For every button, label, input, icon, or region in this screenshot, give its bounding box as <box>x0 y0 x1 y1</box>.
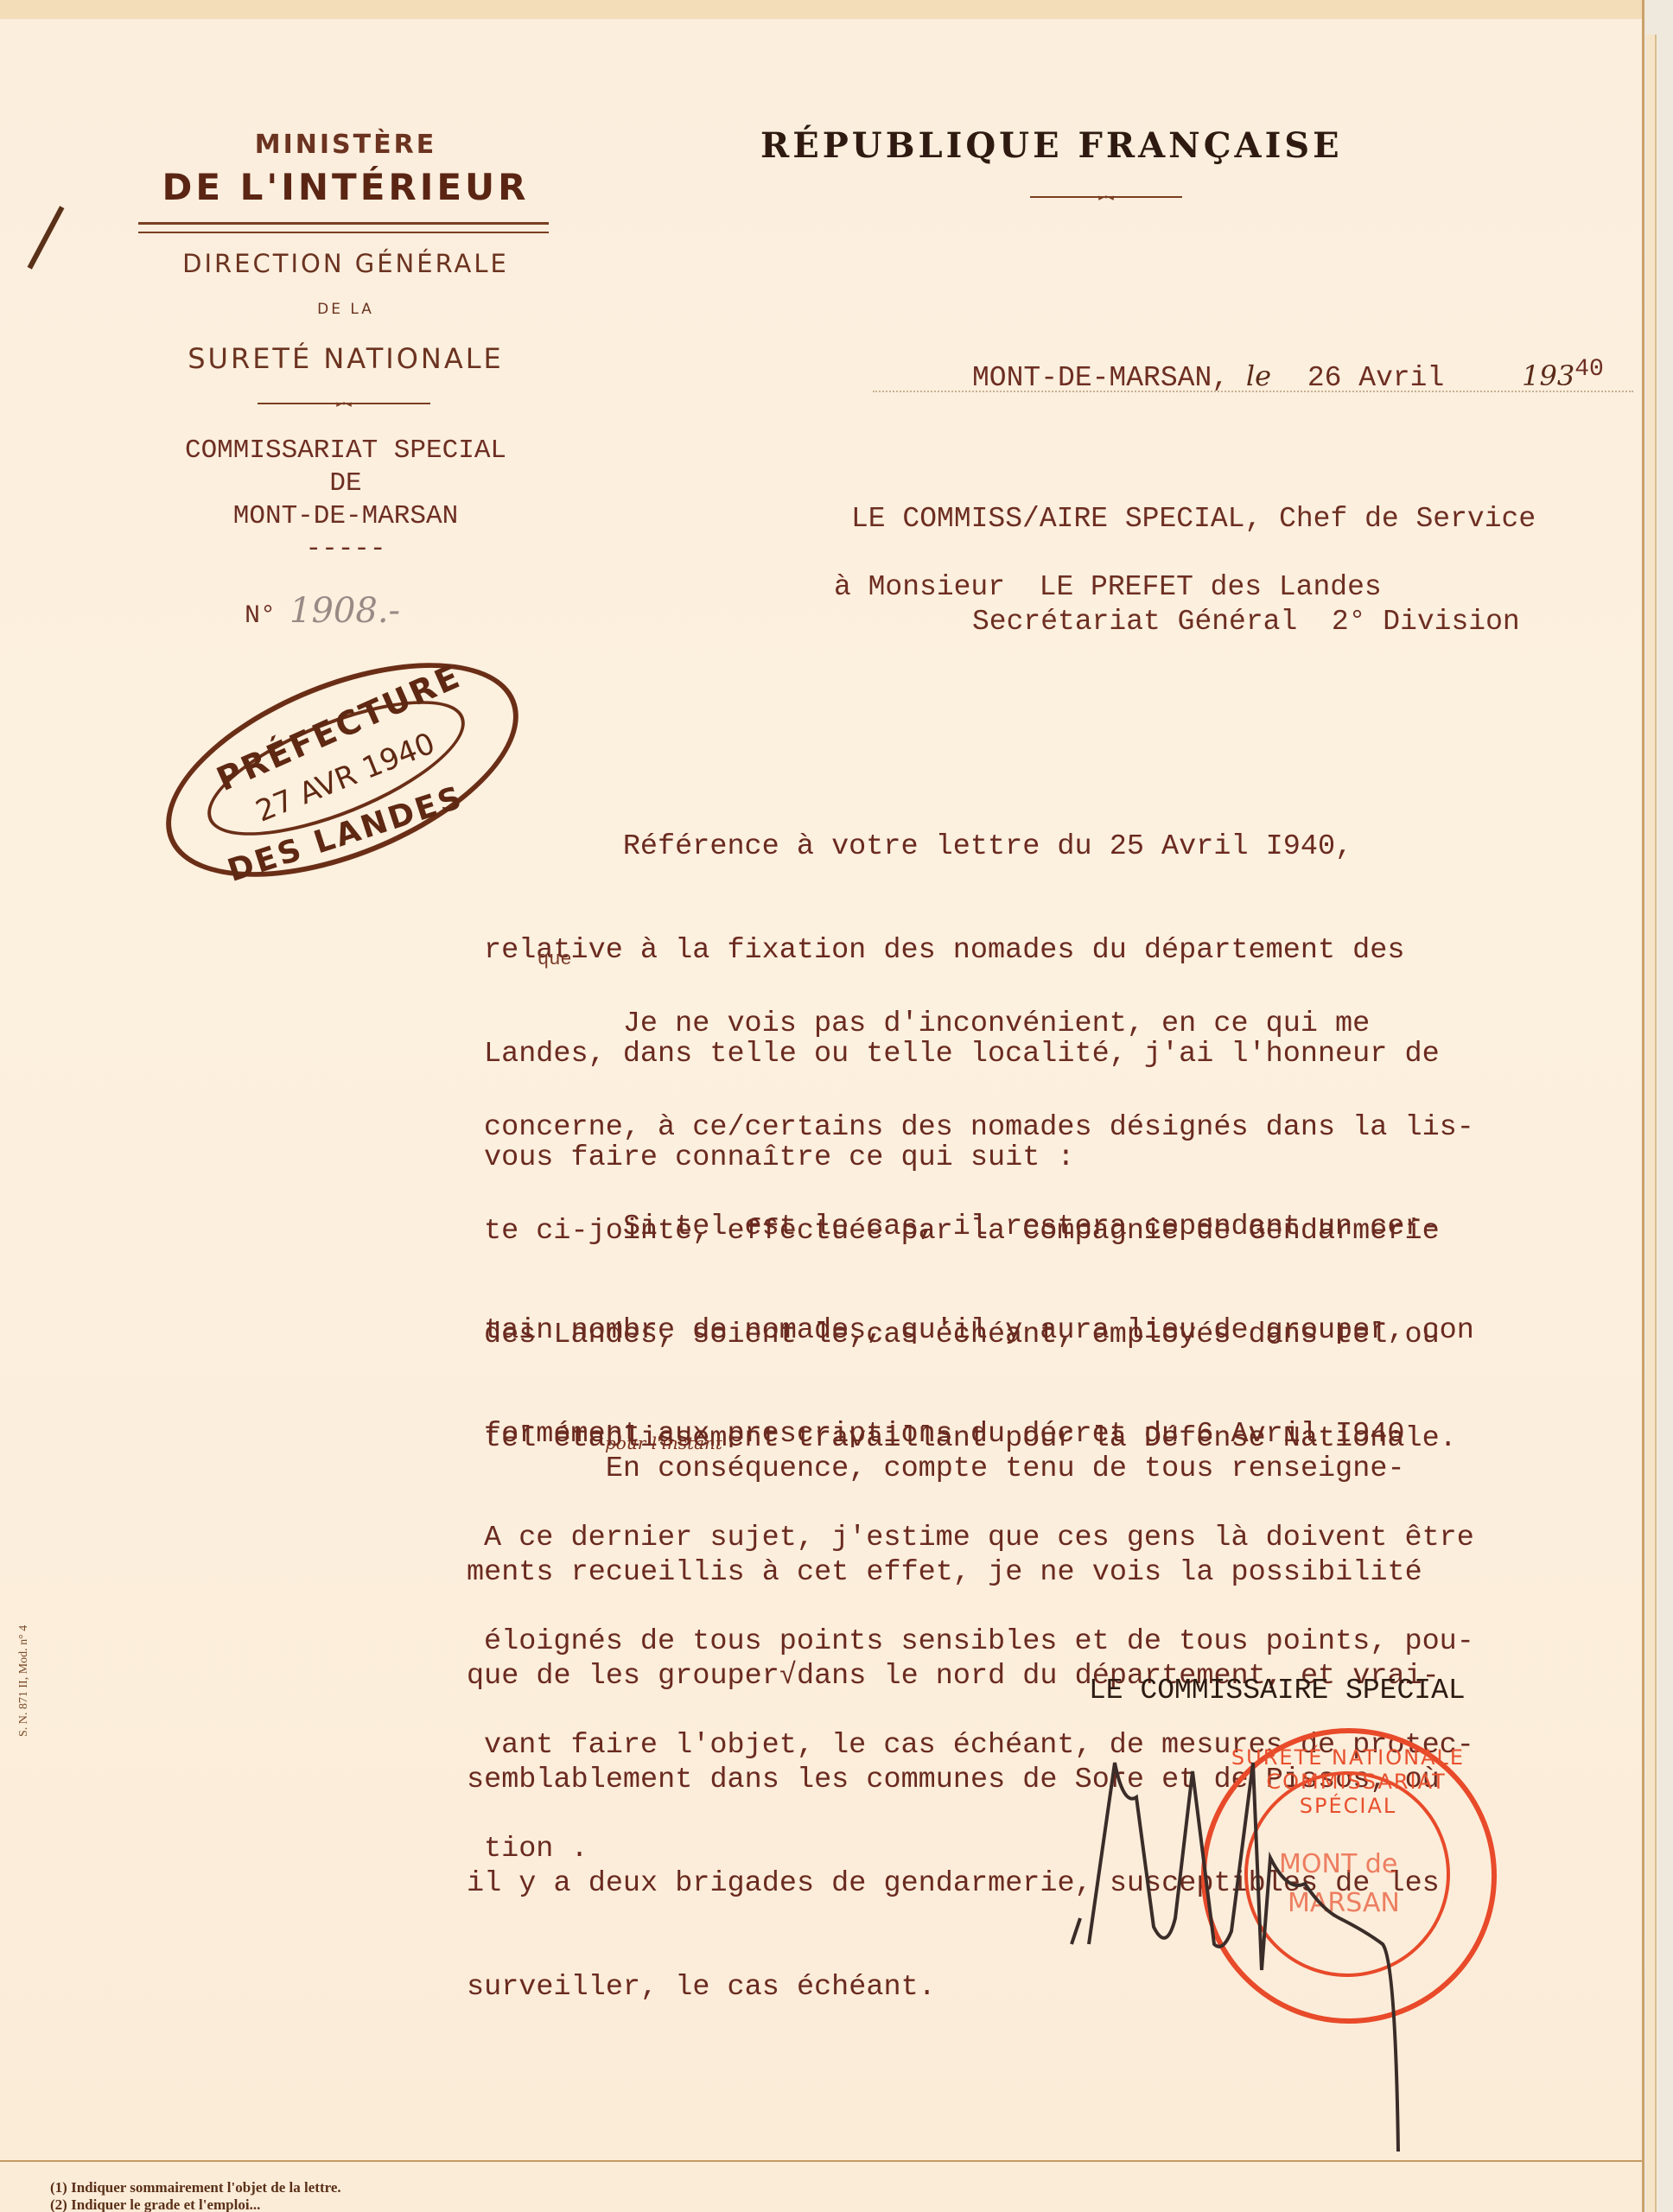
republique-title: RÉPUBLIQUE FRANÇAISE <box>760 125 1343 166</box>
numero-label: N° <box>245 601 276 631</box>
recipient-block: à Monsieur LE PREFET des Landes Secrétar… <box>834 570 1520 639</box>
letterhead-de-la: DE LA <box>130 301 562 318</box>
body-line: tain nombre de nomades, qu'il y aura lie… <box>484 1313 1642 1348</box>
dateline-le: le <box>1246 359 1271 392</box>
body-line: Référence à votre lettre du 25 Avril I94… <box>484 829 1642 864</box>
footer-rule <box>0 2160 1642 2162</box>
sender-line: LE COMMISS/AIRE SPECIAL, Chef de Service <box>851 503 1536 535</box>
body-line: Si tel est le cas, il restera cependant … <box>484 1210 1642 1244</box>
letterhead-interieur: DE L'INTÉRIEUR <box>130 166 562 208</box>
republique-ornament-rule: ▸•◂ <box>1030 196 1182 198</box>
side-form-reference: S. N. 871 II, Mod. n° 4 <box>17 1625 31 1737</box>
paper-right-edge <box>1646 35 1657 2212</box>
commissariat-line: COMMISSARIAT SPECIAL <box>130 435 562 467</box>
letterhead-direction: DIRECTION GÉNÉRALE <box>130 249 562 278</box>
commissariat-line: DE <box>130 467 562 500</box>
commissariat-line: MONT-DE-MARSAN <box>130 500 562 533</box>
commissariat-line: ----- <box>130 533 562 566</box>
paper-top-edge <box>0 0 1642 19</box>
letterhead-surete: SURETÉ NATIONALE <box>130 342 562 375</box>
ornament-icon: ▸•◂ <box>1098 192 1114 203</box>
body-line: concerne, à ce/certains des nomades dési… <box>484 1110 1642 1145</box>
body-line: ments recueillis à cet effet, je ne vois… <box>467 1555 1625 1590</box>
dateline-day-month: 26 Avril <box>1307 362 1444 394</box>
ornament-icon: ▸•◂ <box>336 398 352 410</box>
dateline-place: MONT-DE-MARSAN, <box>972 362 1229 394</box>
recipient-line-2: Secrétariat Général 2° Division <box>834 605 1520 639</box>
reference-number: N°1908.- <box>245 591 400 631</box>
footnote-1: (1) Indiquer sommairement l'objet de la … <box>50 2179 341 2196</box>
letterhead-double-rule <box>138 222 549 233</box>
numero-handwritten: 1908.- <box>289 591 400 631</box>
body-line: En conséquence, compte tenu de tous rens… <box>467 1452 1625 1486</box>
dateline-year-printed: 193 <box>1522 359 1574 392</box>
signoff-title: LE COMMISSAIRE SPECIAL <box>1089 1675 1466 1707</box>
signature-icon <box>1054 1745 1417 2152</box>
commissariat-block: COMMISSARIAT SPECIAL DE MONT-DE-MARSAN -… <box>130 435 562 566</box>
body-line: Je ne vois pas d'inconvénient, en ce qui… <box>484 1007 1642 1041</box>
dateline-year-typed: 40 <box>1574 356 1604 383</box>
letterhead-ministere: MINISTÈRE <box>130 130 562 160</box>
letterhead-ornament-rule: ▸•◂ <box>258 403 430 404</box>
recipient-line-1: à Monsieur LE PREFET des Landes <box>834 570 1520 605</box>
dateline: MONT-DE-MARSAN, le 26 Avril 19340 <box>972 356 1604 394</box>
footnote-2: (2) Indiquer le grade et l'emploi... <box>50 2196 260 2212</box>
